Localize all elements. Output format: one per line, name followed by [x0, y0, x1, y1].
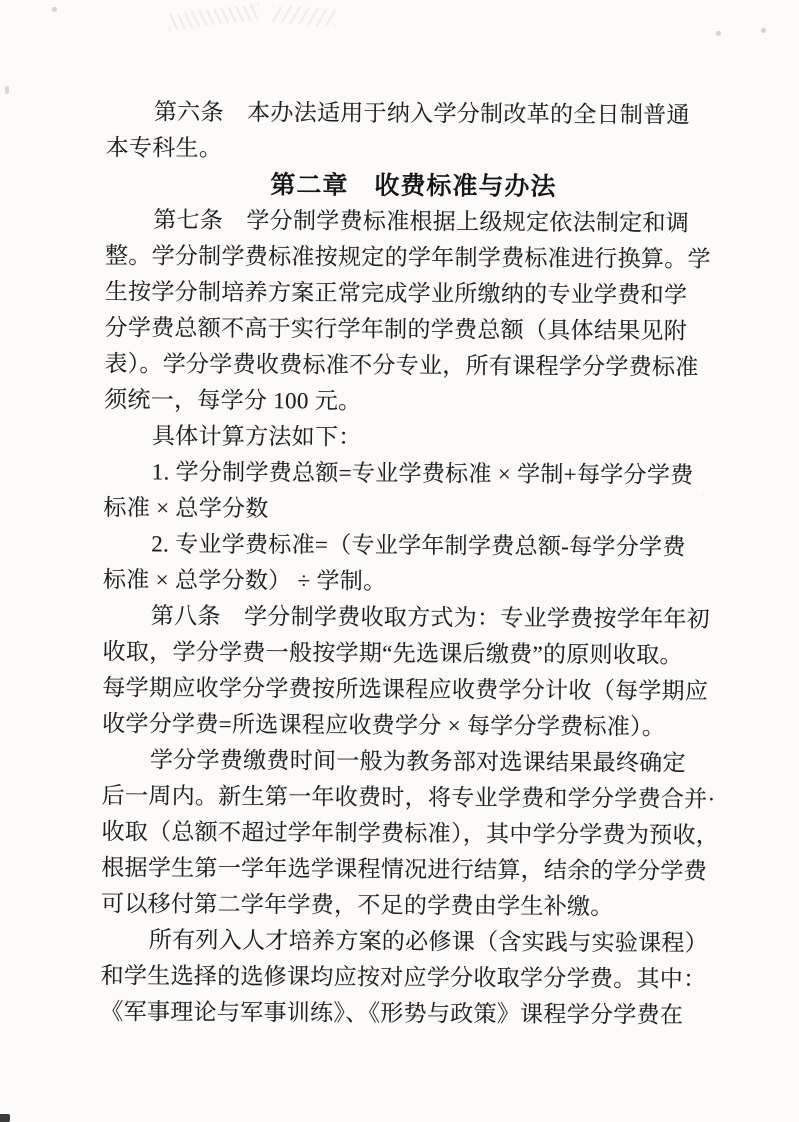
ink-speck: [5, 86, 9, 94]
text-line: 第六条 本办法适用于纳入学分制改革的全日制普通: [106, 94, 722, 134]
text-line: 须统一，每学分 100 元。: [104, 382, 720, 422]
text-line: 1. 学分制学费总额=专业学费标准 × 学制+每学分学费: [104, 454, 720, 494]
text-line: 分学费总额不高于实行学年制的学费总额（具体结果见附: [104, 310, 720, 350]
scan-artifact: [167, 3, 260, 30]
text-line: 第八条 学分制学费收取方式为：专业学费按学年年初: [103, 598, 719, 638]
chapter-heading: 第二章 收费标准与办法: [105, 166, 721, 206]
text-line: 生按学分制培养方案正常完成学业所缴纳的专业学费和学: [105, 274, 721, 314]
text-line: 和学生选择的选修课均应按对应学分收取学分学费。其中：: [101, 958, 717, 998]
text-line: 后一周内。新生第一年收费时，将专业学费和学分学费合并·: [102, 778, 718, 818]
text-line: 《军事理论与军事训练》、《形势与政策》课程学分学费在: [100, 994, 716, 1034]
text-line: 学分学费缴费时间一般为教务部对选课结果最终确定: [102, 742, 718, 782]
text-line: 本专科生。: [106, 130, 722, 170]
ink-speck: [716, 31, 721, 36]
text-line: 收取（总额不超过学年制学费标准），其中学分学费为预收，: [101, 814, 717, 854]
scan-artifact: [271, 4, 336, 28]
text-line: 整。学分制学费标准按规定的学年制学费标准进行换算。学: [105, 238, 721, 278]
text-line: 2. 专业学费标准=（专业学年制学费总额-每学分学费: [103, 526, 719, 566]
text-line: 标准 × 总学分数） ÷ 学制。: [103, 562, 719, 602]
scan-corner-mark: [0, 1114, 10, 1122]
text-line: 具体计算方法如下：: [104, 418, 720, 458]
ink-speck: [52, 7, 57, 12]
page-body: 第六条 本办法适用于纳入学分制改革的全日制普通 本专科生。 第二章 收费标准与办…: [100, 94, 722, 1034]
ink-speck: [761, 28, 766, 33]
text-line: 每学期应收学分学费按所选课程应收费学分计收（每学期应: [102, 670, 718, 710]
text-line: 可以移付第二学年学费，不足的学费由学生补缴。: [101, 886, 717, 926]
document-scan: 第六条 本办法适用于纳入学分制改革的全日制普通 本专科生。 第二章 收费标准与办…: [0, 0, 799, 1122]
text-line: 标准 × 总学分数: [103, 490, 719, 530]
text-line: 第七条 学分制学费标准根据上级规定依法制定和调: [105, 202, 721, 242]
text-line: 收学分学费=所选课程应收费学分 × 每学分学费标准）。: [102, 706, 718, 746]
text-line: 所有列入人才培养方案的必修课（含实践与实验课程）: [101, 922, 717, 962]
text-line: 收取，学分学费一般按学期“先选课后缴费”的原则收取。: [102, 634, 718, 674]
text-line: 表）。学分学费收费标准不分专业，所有课程学分学费标准: [104, 346, 720, 386]
text-line: 根据学生第一学年选学课程情况进行结算，结余的学分学费: [101, 850, 717, 890]
